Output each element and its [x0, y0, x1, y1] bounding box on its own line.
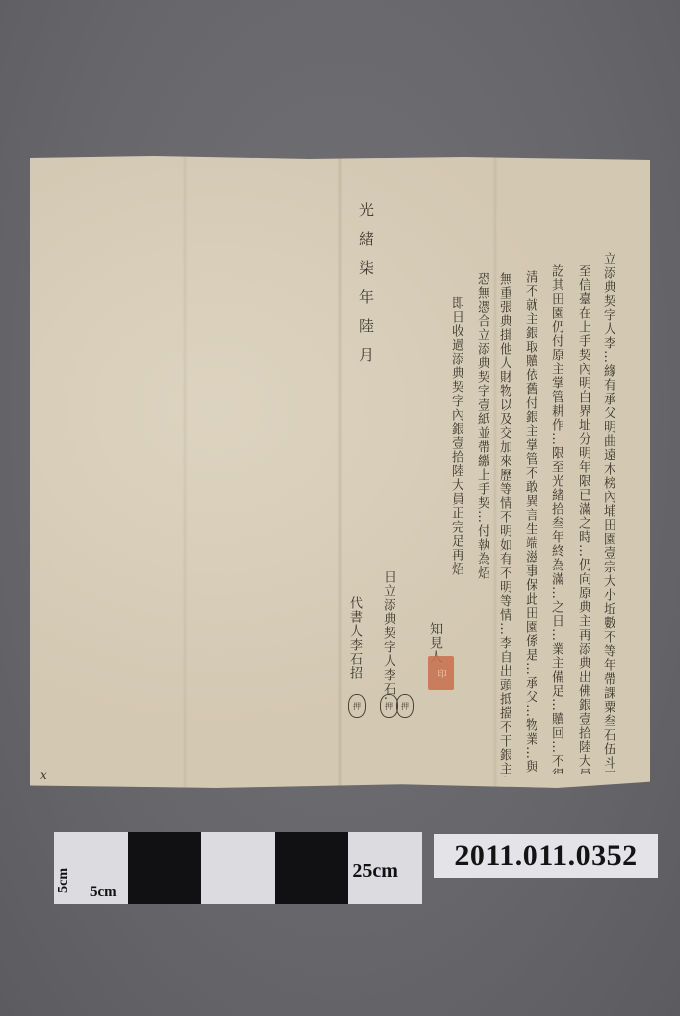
- body-column-5: 無重張典掛他人財物以及交加來歷等情不明如有不明等情…李自出頭抵擋不干銀主之事此係…: [498, 272, 511, 777]
- scale-segment: 5cm 5cm: [54, 832, 128, 904]
- scale-label-5cm: 5cm: [90, 884, 117, 901]
- ink-seal-mark: 押: [348, 694, 366, 718]
- body-column-4: 清不就主銀取贖依舊付銀主掌管不敢異言生端滋事保此田園係是…承父…物業…與…無干: [524, 270, 537, 775]
- body-column-6: 恐無憑合立添典契字壹紙並帶繳上手契…付執為炤: [476, 272, 489, 602]
- scale-segment: 25cm: [348, 832, 422, 904]
- scale-segment: [201, 832, 275, 904]
- receipt-column: 即日收過添典契字內銀壹拾陸大員正完足再炤: [450, 296, 463, 596]
- red-seal-stamp: 印: [428, 656, 454, 690]
- scribe-signature: 代書人李石招: [348, 596, 361, 680]
- scale-label-25cm: 25cm: [352, 860, 398, 883]
- scale-segment: [275, 832, 349, 904]
- body-column-2: 至信臺在上手契內明白界址分明年限已滿之時…仍向原典主再添典出佛銀壹拾陸大員正其銀…: [577, 264, 590, 774]
- ink-seal-mark: 押: [396, 694, 414, 718]
- corner-mark: x: [40, 768, 47, 782]
- accession-number-label: 2011.011.0352: [434, 834, 658, 878]
- scale-label-vertical: 5cm: [56, 868, 72, 893]
- date-line: 光緒柒年陸月: [358, 202, 373, 376]
- scale-segment: [128, 832, 202, 904]
- scale-bar: 5cm 5cm 25cm: [54, 832, 422, 904]
- party-signature: 日立添典契字人李石…: [382, 570, 395, 700]
- body-column-3: 訖其田園仍付原主掌管耕作…限至光緒拾叁年終為滿…之日…業主備足…贖回…不得刁難: [550, 264, 563, 774]
- archival-document: 光緒柒年陸月 立添典契字人李…緣有承父明曲遠木榜內埔田園壹宗大小坵數不等年帶課粟…: [30, 156, 650, 788]
- body-column-1: 立添典契字人李…緣有承父明曲遠木榜內埔田園壹宗大小坵數不等年帶課粟叁石伍斗正東至…: [602, 252, 615, 772]
